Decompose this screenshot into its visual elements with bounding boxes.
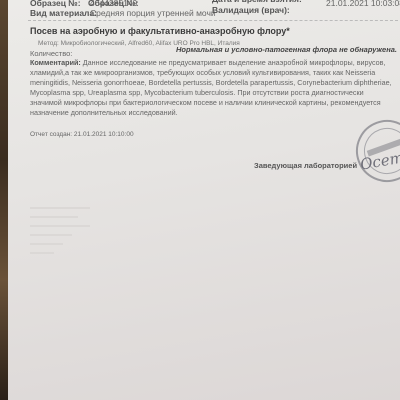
validation-label: Валидация (врач): — [212, 5, 290, 15]
material-value: Средняя порция утренней мочи — [90, 8, 216, 18]
bleed-through-text — [30, 200, 90, 261]
comment-text: Данное исследование не предусматривает в… — [30, 58, 392, 117]
divider — [28, 20, 398, 21]
lab-report-page: Образец №: Образец №: 4044285149 Вид мат… — [8, 0, 400, 400]
material-label-wrap: Вид материала: — [30, 8, 97, 18]
quantity-label: Количество: — [30, 49, 72, 58]
report-created-value: 21.01.2021 10:10:00 — [74, 131, 134, 138]
sample-number-label: Образец №: — [30, 0, 81, 8]
report-created: Отчет создан: 21.01.2021 10:10:00 — [30, 131, 134, 138]
comment-block: Комментарий: Данное исследование не пред… — [30, 58, 392, 118]
collection-date-value: 21.01.2021 10:03:08 — [326, 0, 400, 8]
report-created-label: Отчет создан: — [30, 131, 72, 138]
collection-date-label: Дата и время взятия: — [212, 0, 302, 4]
sample-number-label-wrap: Образец №: — [30, 0, 81, 8]
material-label: Вид материала: — [30, 8, 97, 18]
comment-label: Комментарий: — [30, 58, 81, 67]
test-result: Нормальная и условно-патогенная флора не… — [176, 45, 397, 54]
sample-number-value: 4044285149 — [90, 0, 137, 8]
test-title: Посев на аэробную и факультативно-анаэро… — [30, 26, 290, 36]
head-of-lab-label: Заведующая лабораторией — [254, 161, 357, 170]
